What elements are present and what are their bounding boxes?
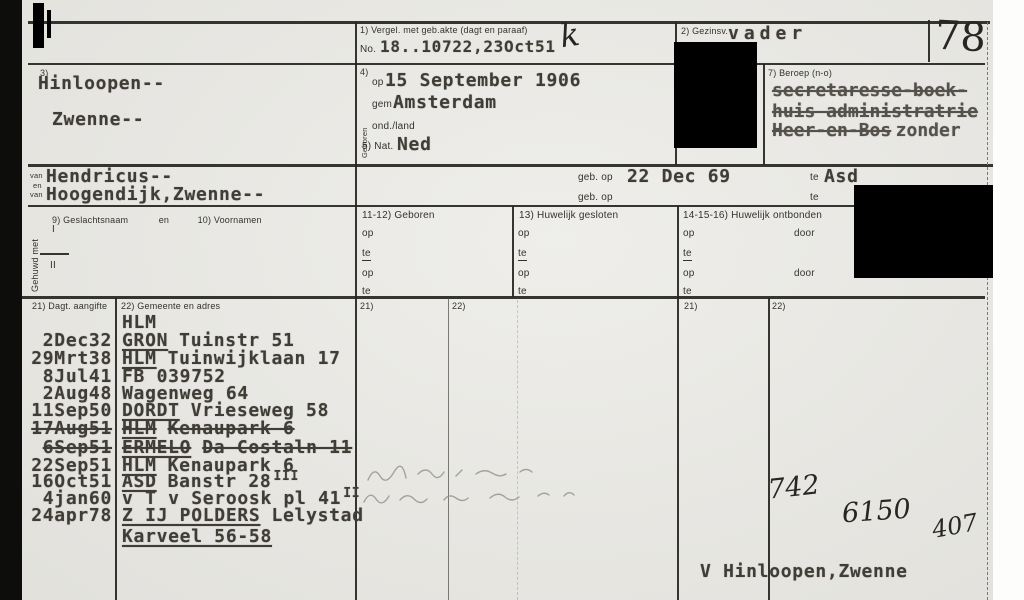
op-label: op [362, 228, 374, 239]
te-label: te [683, 248, 692, 261]
registration-date: 24apr78 [30, 505, 112, 526]
door-label: door [794, 268, 815, 279]
scan-mark [47, 10, 51, 38]
birth-certificate-number: 18..10722,23Oct51 [380, 37, 556, 56]
card-right-edge [987, 22, 988, 600]
op-label: op [683, 228, 695, 239]
field1-label: 1) Vergel. met geb.akte (dagt en paraaf) [360, 25, 528, 35]
birth-place-value: Amsterdam [393, 92, 497, 113]
divider [512, 206, 514, 297]
field4-label: 4) [360, 67, 368, 77]
geb-op-label: geb. op [578, 172, 613, 183]
van-label: van [30, 171, 43, 180]
father-birth-place: Asd [824, 166, 859, 187]
registration-floor: II [343, 486, 360, 501]
field9-label: 9) Geslachtsnaam [52, 215, 128, 225]
registration-municipality: Karveel 56-58 [122, 526, 272, 547]
te-label: te [362, 286, 371, 297]
page-number: 78 [934, 13, 987, 62]
en-conj-label: en [159, 215, 169, 225]
col21-header: 21) [360, 301, 374, 311]
op-label: op [683, 268, 695, 279]
table-row: HLM [22, 312, 482, 332]
nationality-value: Ned [397, 134, 432, 155]
beroep-line3-rest: zonder [896, 120, 961, 141]
divider [28, 205, 985, 207]
divider [28, 63, 985, 65]
op-label: op [518, 268, 530, 279]
divider [677, 206, 679, 600]
ontbonden-col-header: 14-15-16) Huwelijk ontbonden [683, 210, 822, 221]
col22-header: 22) [452, 301, 466, 311]
van2-label: van [30, 190, 43, 199]
paper-crease [517, 300, 518, 600]
marriage-row1-label: I [52, 224, 55, 235]
en-label: en [33, 181, 42, 190]
scan-black-strip [0, 0, 22, 600]
gesloten-col-header: 13) Huwelijk gesloten [519, 210, 618, 221]
divider [28, 21, 990, 24]
field10-label: 10) Voornamen [198, 215, 262, 225]
ond-land-label: ond./land [372, 121, 415, 132]
handwritten-code: 407 [930, 508, 980, 544]
te-label: te [518, 248, 527, 261]
marriage-row2-label: II [50, 260, 56, 271]
table-row: 11Sep50 DORDTVrieseweg 58 [22, 400, 482, 420]
surname-value: Hinloopen-- [38, 73, 165, 94]
redaction-box [854, 185, 993, 278]
col21-header: 21) [684, 301, 698, 311]
te2-label: te [810, 192, 819, 203]
divider [22, 296, 985, 299]
table-row: Karveel 56-58 [22, 526, 482, 546]
handwritten-code: 6150 [841, 494, 912, 530]
geb-op2-label: geb. op [578, 192, 613, 203]
field7-label: 7) Beroep (n-o) [768, 68, 832, 78]
mother-name: Hoogendijk,Zwenne-- [46, 184, 265, 205]
beroep-line3: Heer-en-Bos zonder [772, 120, 961, 141]
registration-municipality: HLM [122, 418, 157, 439]
op-label: op [362, 268, 374, 279]
typed-dash [40, 253, 69, 255]
table-row-struck: 17Aug51 HLMKenaupark 6 [22, 418, 482, 438]
registration-date: 17Aug51 [30, 418, 112, 439]
divider [768, 298, 770, 600]
firstname-value: Zwenne-- [52, 109, 144, 130]
field5-nat-label: 5) Nat. [362, 141, 393, 152]
te-label: te [518, 286, 527, 297]
op-label: op [518, 228, 530, 239]
address-col-header: 22) Gemeente en adres [121, 301, 220, 311]
divider [928, 20, 930, 62]
table-row: 2Dec32 GRONTuinstr 51 [22, 330, 482, 350]
scanned-person-card: 1) Vergel. met geb.akte (dagt en paraaf)… [0, 0, 1024, 600]
beroep-line1: secretaresse-boek- [772, 80, 967, 101]
op-label: op [372, 77, 384, 88]
no-label: No. [360, 44, 376, 55]
gezinsverhouding-value: vader [728, 23, 807, 44]
registration-address: Lelystad [271, 505, 363, 526]
te-label: te [362, 248, 371, 261]
table-row: 29Mrt38 HLMTuinwijklaan 17 [22, 348, 482, 368]
te-label: te [810, 172, 819, 183]
door-label: door [794, 228, 815, 239]
gem-label: gem [372, 99, 392, 110]
scan-mark [33, 3, 44, 48]
gehuwd-met-rotated-label: Gehuwd met [30, 239, 40, 292]
handwritten-code: 742 [767, 469, 822, 505]
col22-header: 22) [772, 301, 786, 311]
registration-address: Kenaupark 6 [168, 418, 295, 439]
date-col-header: 21) Dagt. aangifte [32, 301, 107, 311]
beroep-line2: huis administratrie [772, 101, 978, 122]
field9-10-header: 9) Geslachtsnaam en 10) Voornamen [52, 210, 262, 228]
registration-floor: III [273, 469, 299, 484]
te-label: te [683, 286, 692, 297]
beroep-line3-struck: Heer-en-Bos [772, 120, 891, 141]
card-paper: 1) Vergel. met geb.akte (dagt en paraaf)… [22, 0, 993, 600]
owner-note: V Hinloopen,Zwenne [700, 561, 908, 582]
birth-date-value: 15 September 1906 [385, 70, 581, 91]
table-row-struck: 6Sep51 ERMELODa Costaln 11 [22, 437, 482, 457]
geboren-col-header: 11-12) Geboren [362, 210, 435, 221]
pencil-annotation [360, 460, 650, 516]
redaction-box [674, 42, 757, 148]
field2-label: 2) Gezinsv. [681, 26, 728, 36]
father-birth-date: 22 Dec 69 [627, 166, 731, 187]
registration-municipality: Z IJ POLDERS [122, 505, 260, 526]
divider [763, 64, 765, 165]
